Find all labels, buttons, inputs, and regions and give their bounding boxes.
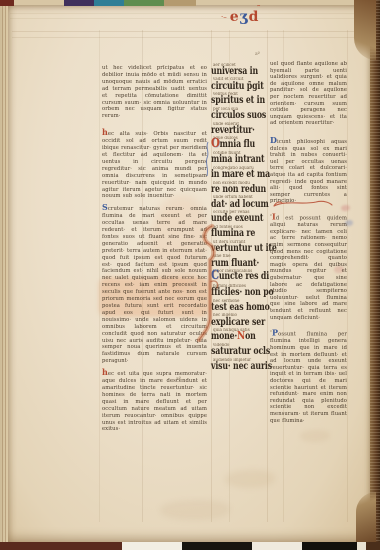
blue-penwork-icon <box>203 140 211 178</box>
catchword: aº <box>176 377 181 382</box>
verse-line: aque dulcesOmnia flu <box>211 136 270 151</box>
verse-line: cotidie fluuntmina intrant <box>211 151 270 166</box>
manuscript-photo: ·– e ʒ d ˜ aº ut hec videlicet prīcipatu… <box>0 0 380 550</box>
gloss-paragraph: ºPossunt flumina per flumina intelligi g… <box>270 329 347 424</box>
running-title-letter: ʒ <box>240 9 249 25</box>
gloss-paragraph: ut hec videlicet prīcipatus et eo debili… <box>102 63 207 120</box>
verse-line: aer scilicetuniversa in <box>211 62 270 77</box>
verse-line: audiendo impleturvisu· nec auris <box>211 357 270 372</box>
gloss-paragraph: Scrutemur naturas rerum· omnia flumina d… <box>102 204 207 365</box>
verse-line: per loca suacirculos suos <box>211 106 270 121</box>
verse-line: unde ortum habentdat· ad locum <box>211 195 270 210</box>
running-title: ·– e ʒ d ˜ <box>221 9 261 31</box>
gloss-paragraph: hec alta suis· Orbis nascitur et occidit… <box>102 129 207 200</box>
red-line-filler-icon <box>272 198 334 208</box>
column-mark: aº <box>255 52 260 57</box>
page-stack-edge <box>0 0 8 550</box>
left-gloss-column: ut hec videlicet prīcipatus et eo debili… <box>102 63 207 433</box>
verse-line: congregatio aquarūin mare et ma <box>211 165 270 180</box>
gloss-paragraph: hec est uita que supra memoratur· aque d… <box>102 369 207 433</box>
verse-line: ventus reditspiritus et in <box>211 92 270 107</box>
gloss-paragraph: ºId est possunt quidem aliqui naturas re… <box>270 213 347 321</box>
page-curl-bottom-right <box>356 492 376 544</box>
verse-line: non excedit modūre non redun <box>211 180 270 195</box>
book-fore-edge <box>370 0 380 550</box>
running-title-letter: e <box>230 9 240 25</box>
illuminated-initial-O: O <box>211 136 220 151</box>
page-curl-top-right <box>354 0 376 60</box>
abbreviation-tilde: ˜ <box>256 5 261 15</box>
rubric-initial-N: N <box>237 328 245 342</box>
running-title-mark: ·– <box>221 13 227 21</box>
verse-line: vadit et circuitcircuitu p̃git <box>211 77 270 92</box>
right-gloss-column: uel quod flante aquilone ab hyemali part… <box>270 59 347 424</box>
verse-line: unde exieratrevertitur· <box>211 121 270 136</box>
penwork-ornament-icon <box>196 222 222 346</box>
gloss-paragraph: uel quod flante aquilone ab hyemali part… <box>270 59 347 127</box>
gloss-paragraph: Dicunt philosophi aquas dulces quas sol … <box>270 137 347 205</box>
